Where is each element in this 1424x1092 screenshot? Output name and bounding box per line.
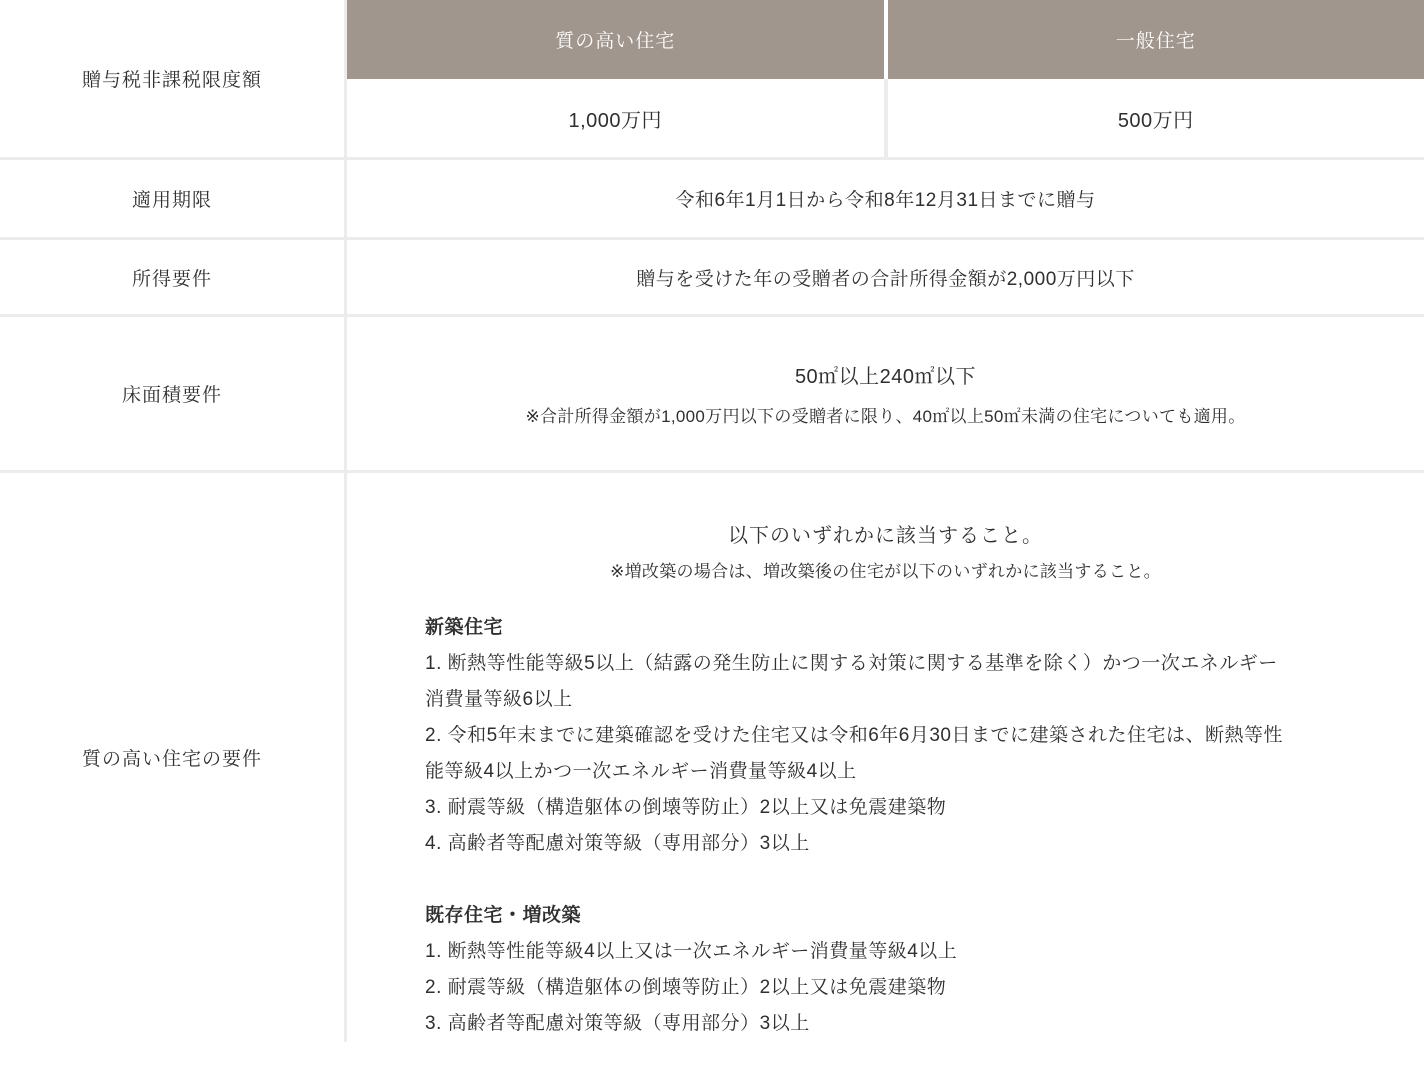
floor-area-note: ※合計所得金額が1,000万円以下の受贈者に限り、40㎡以上50㎡未満の住宅につ… [525, 402, 1245, 427]
quality-requirements-block: 新築住宅 1. 断熱等性能等級5以上（結露の発生防止に関する対策に関する基準を除… [347, 610, 1424, 1042]
section-title-existing-housing: 既存住宅・増改築 [425, 898, 1346, 934]
amount-row: 1,000万円 500万円 [347, 79, 1424, 157]
row-quality-requirements: 質の高い住宅の要件 以下のいずれかに該当すること。 ※増改築の場合は、増改築後の… [0, 470, 1424, 1042]
amount-quality-housing: 1,000万円 [347, 79, 884, 157]
row-floor-area-requirement: 床面積要件 50㎡以上240㎡以下 ※合計所得金額が1,000万円以下の受贈者に… [0, 314, 1424, 470]
row-label-floor-area: 床面積要件 [0, 317, 347, 470]
new-housing-line: 消費量等級6以上 [425, 682, 1346, 718]
floor-area-value: 50㎡以上240㎡以下 [795, 360, 976, 389]
row-label-quality-requirements: 質の高い住宅の要件 [0, 473, 347, 1042]
amount-general-housing: 500万円 [888, 79, 1424, 157]
row-label-income-requirement: 所得要件 [0, 240, 347, 314]
new-housing-line: 3. 耐震等級（構造躯体の倒壊等防止）2以上又は免震建築物 [425, 790, 1346, 826]
column-header-row: 質の高い住宅 一般住宅 [347, 0, 1424, 79]
new-housing-line: 能等級4以上かつ一次エネルギー消費量等級4以上 [425, 754, 1346, 790]
quality-note: ※増改築の場合は、増改築後の住宅が以下のいずれかに該当すること。 [347, 557, 1424, 587]
row-application-period: 適用期限 令和6年1月1日から令和8年12月31日までに贈与 [0, 157, 1424, 237]
application-period-value: 令和6年1月1日から令和8年12月31日までに贈与 [347, 160, 1424, 237]
quality-headline: 以下のいずれかに該当すること。 [347, 521, 1424, 551]
new-housing-line: 2. 令和5年末までに建築確認を受けた住宅又は令和6年6月30日までに建築された… [425, 718, 1346, 754]
column-header-quality-housing: 質の高い住宅 [347, 0, 884, 79]
section-existing-housing: 既存住宅・増改築 1. 断熱等性能等級4以上又は一次エネルギー消費量等級4以上 … [425, 898, 1346, 1042]
new-housing-line: 1. 断熱等性能等級5以上（結露の発生防止に関する対策に関する基準を除く）かつ一… [425, 646, 1346, 682]
existing-housing-line: 2. 耐震等級（構造躯体の倒壊等防止）2以上又は免震建築物 [425, 970, 1346, 1006]
row-label-exemption-limit: 贈与税非課税限度額 [0, 0, 347, 157]
existing-housing-line: 3. 高齢者等配慮対策等級（専用部分）3以上 [425, 1006, 1346, 1042]
row-income-requirement: 所得要件 贈与を受けた年の受贈者の合計所得金額が2,000万円以下 [0, 237, 1424, 314]
row-exemption-limit: 贈与税非課税限度額 質の高い住宅 一般住宅 1,000万円 500万円 [0, 0, 1424, 157]
section-new-housing: 新築住宅 1. 断熱等性能等級5以上（結露の発生防止に関する対策に関する基準を除… [425, 610, 1346, 862]
exemption-limit-content: 質の高い住宅 一般住宅 1,000万円 500万円 [347, 0, 1424, 157]
income-requirement-value: 贈与を受けた年の受贈者の合計所得金額が2,000万円以下 [347, 240, 1424, 314]
existing-housing-line: 1. 断熱等性能等級4以上又は一次エネルギー消費量等級4以上 [425, 934, 1346, 970]
section-title-new-housing: 新築住宅 [425, 610, 1346, 646]
new-housing-line: 4. 高齢者等配慮対策等級（専用部分）3以上 [425, 826, 1346, 862]
column-header-general-housing: 一般住宅 [888, 0, 1424, 79]
gift-tax-exemption-table: 贈与税非課税限度額 質の高い住宅 一般住宅 1,000万円 500万円 適用期限… [0, 0, 1424, 1092]
row-label-application-period: 適用期限 [0, 160, 347, 237]
